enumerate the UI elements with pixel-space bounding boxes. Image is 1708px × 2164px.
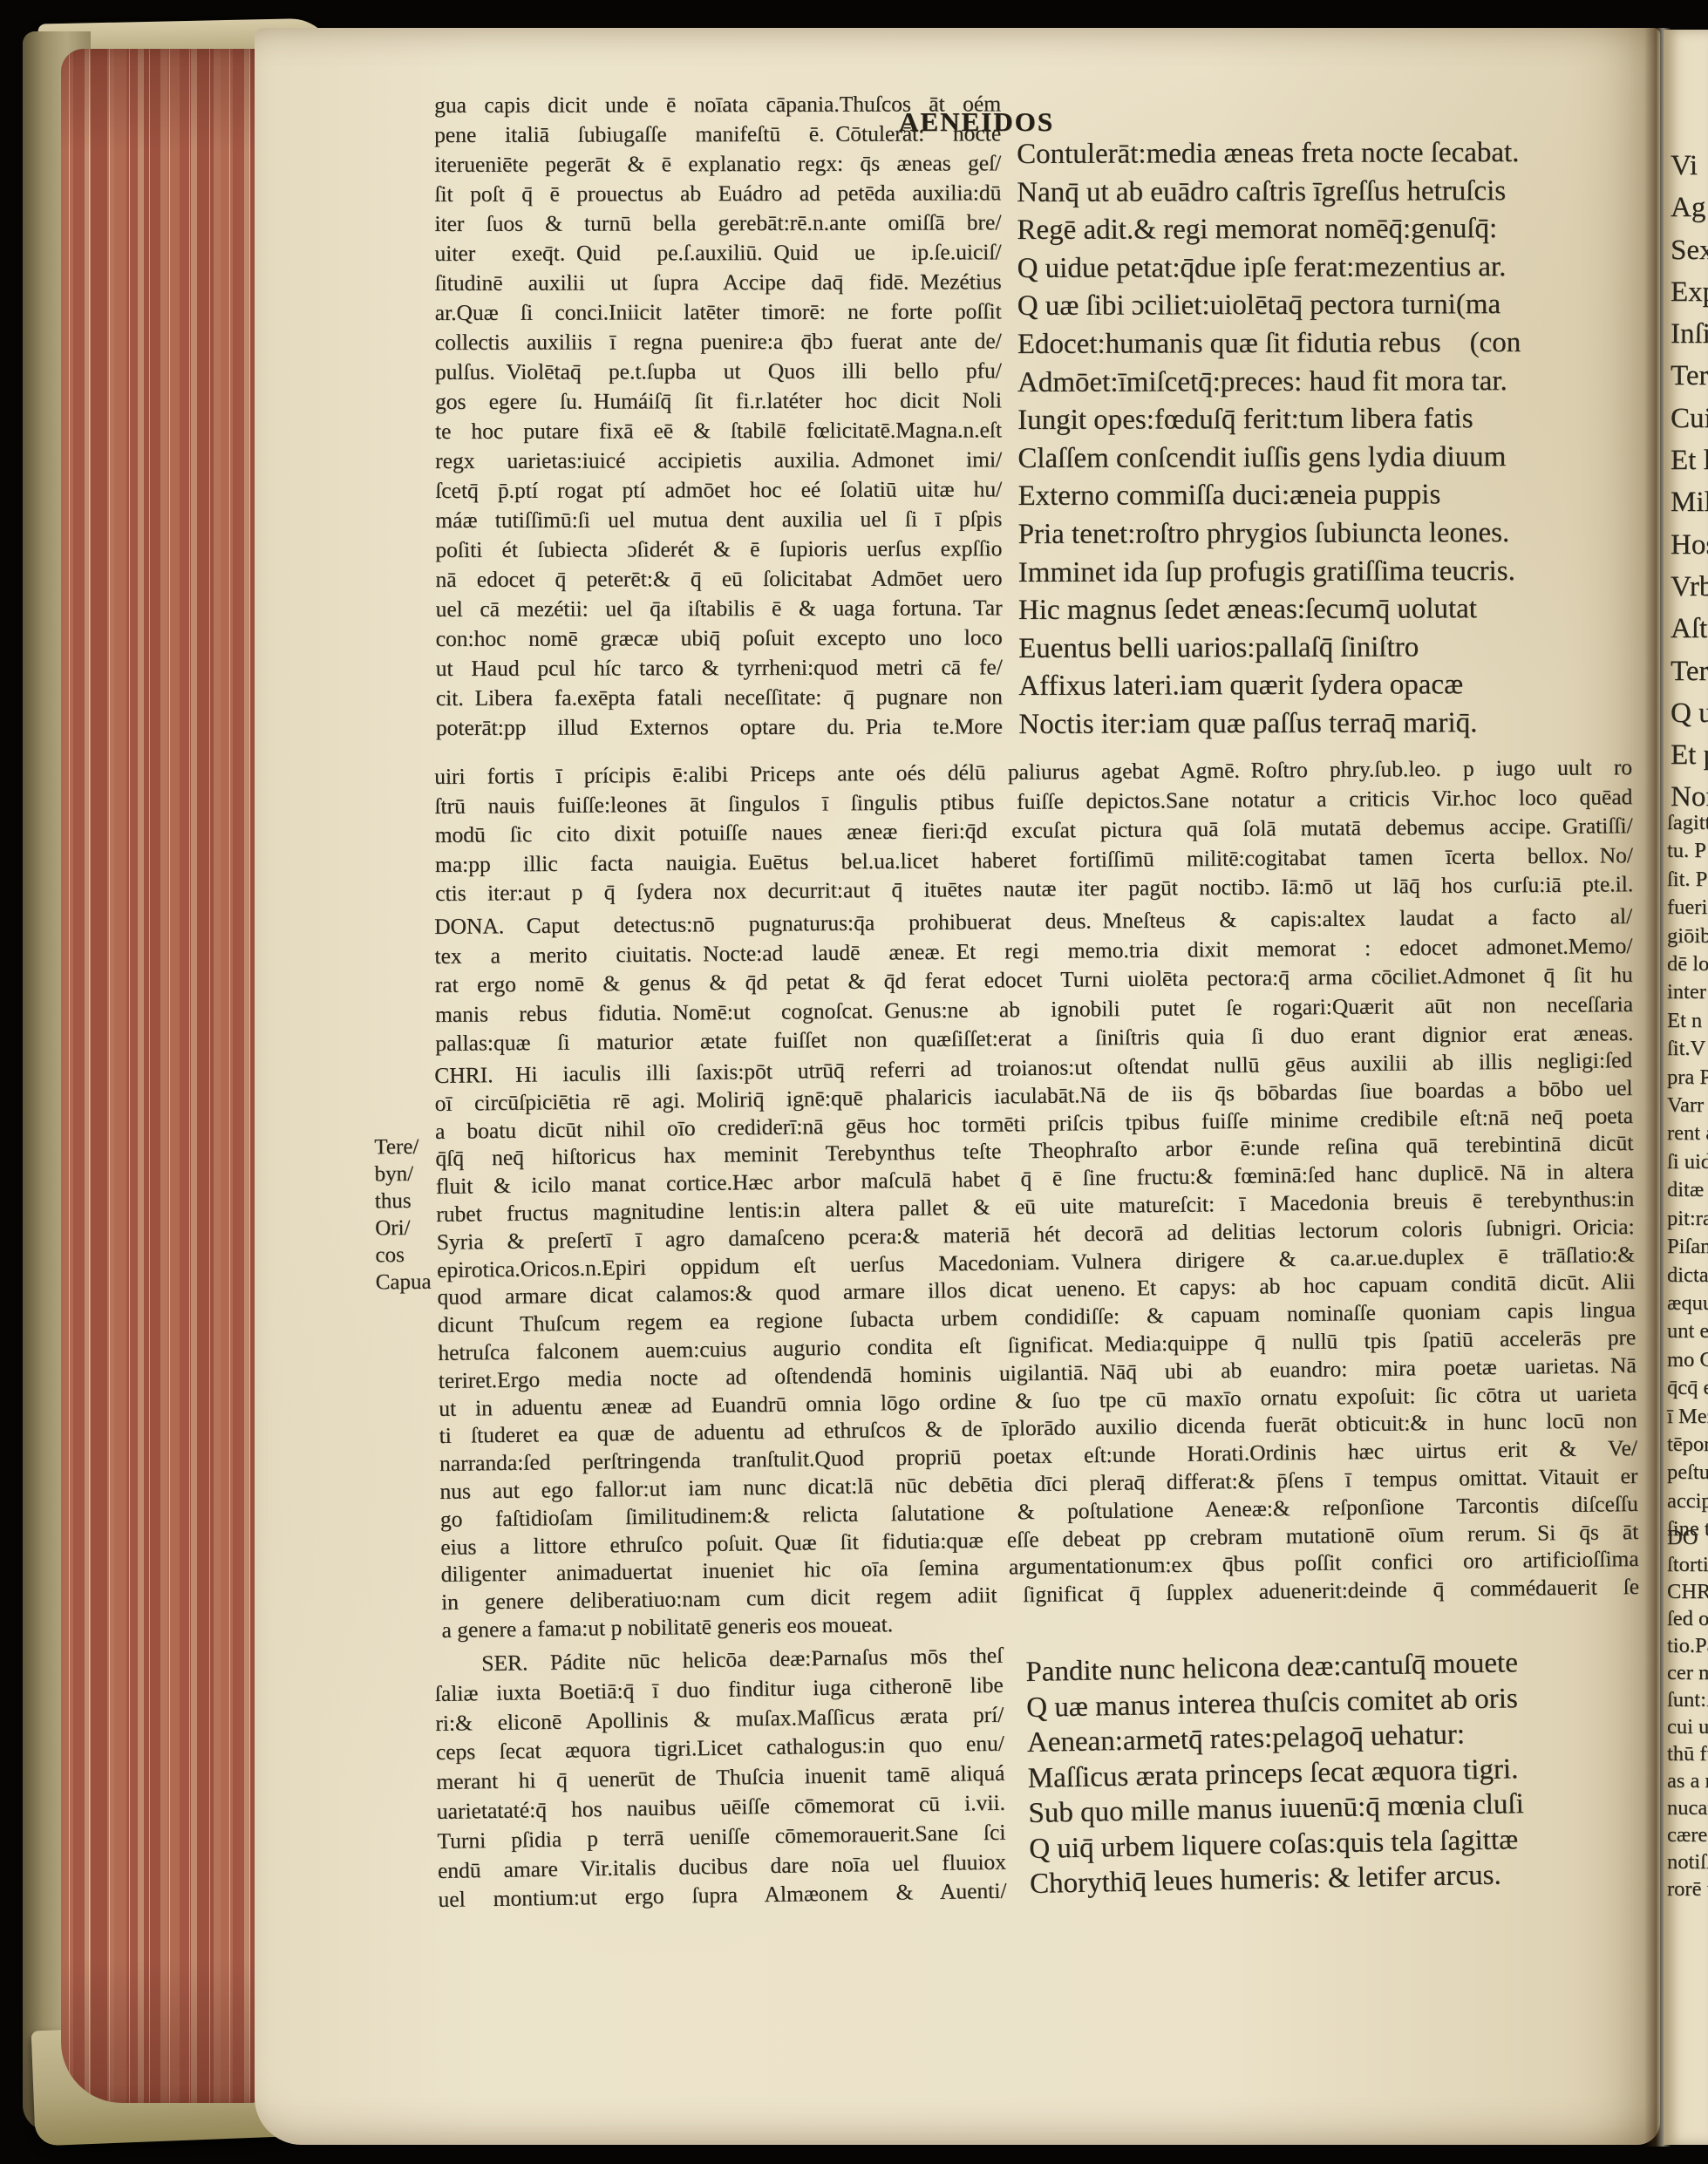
commentary-fragment-line: mo C — [1667, 1346, 1708, 1374]
commentary-fragment-line: ī Mez — [1667, 1403, 1708, 1431]
commentary-line: iterueniēte pegerāt & ē explanatio regx:… — [434, 148, 1001, 180]
facing-page-commentary-fragments: ſagitttu. Pſit. Pfuerigiōibdē lointerEt … — [1667, 809, 1708, 1544]
commentary-fragment-line: cui ur — [1667, 1713, 1708, 1740]
commentary-column-top-left: gua capis dicit unde ē noīata cāpania.Th… — [434, 89, 1003, 743]
verse-line: Hic magnus ſedet æneas:ſecumq̄ uolutat — [1018, 590, 1637, 630]
margin-note-line: Tere/ — [374, 1133, 442, 1161]
commentary-fragment-line: ſed oī — [1667, 1605, 1708, 1632]
commentary-fragment-line: ſunt:ſ — [1667, 1686, 1708, 1713]
commentary-line: poſiti ét ſubiecta ɔſiderét & ē ſupioris… — [435, 534, 1002, 565]
commentary-line: gua capis dicit unde ē noīata cāpania.Th… — [434, 89, 1001, 120]
commentary-full-width: uiri fortis ī prícipis ē:alibi Priceps a… — [434, 752, 1633, 908]
commentary-fragment-line: DO — [1667, 1524, 1708, 1551]
commentary-line: con:hoc nomē græcæ ubiq̄ poſuit excepto … — [436, 623, 1003, 654]
commentary-fragment-line: unt ei — [1667, 1317, 1708, 1345]
facing-page-bottom-fragments: DOſtorti:CHRſed oītio.Pácer mſunt:ſcui u… — [1667, 1524, 1708, 1902]
margin-note-line: Ori/ — [375, 1215, 443, 1242]
commentary-line: pulſus. Violētaq̄ pe.t.ſupba ut Quos ill… — [435, 356, 1002, 387]
commentary-line: ut Haud pcul híc tarco & tyrrheni:quod m… — [436, 652, 1003, 684]
photograph-of-open-book: { "page": { "header": "AENEIDOS", "color… — [0, 0, 1708, 2164]
commentary-fragment-line: dictas — [1667, 1262, 1708, 1290]
commentary-line: ſcetq̄ p̄.ptí rogat ptí admōet hoc eé ſo… — [435, 474, 1002, 506]
verse-fragment-line: Cui — [1671, 398, 1708, 439]
verse-line: Affixus lateri.iam quærit ſydera opacæ — [1018, 666, 1637, 706]
commentary-fragment-line: rent a — [1667, 1119, 1708, 1147]
commentary-fragment-line: tu. P — [1667, 837, 1708, 865]
commentary-fragment-line: q̄cq̄ ex — [1667, 1374, 1708, 1402]
verse-line: Edocet:humanis quæ ſit fidutia rebus (co… — [1017, 323, 1637, 364]
commentary-line: nā edocet q̄ peterēt:& q̄ eū ſolicitabat… — [435, 563, 1002, 595]
commentary-fragment-line: Et n — [1667, 1007, 1708, 1035]
verse-fragment-line: Inſi — [1671, 313, 1708, 355]
commentary-fragment-line: ſagitt — [1667, 809, 1708, 837]
commentary-chri-paragraph: CHRI. Hi iaculis illi ſaxis:pōt utrūq̄ r… — [434, 1046, 1640, 1644]
verse-line: Iungit opes:fœduſq̄ ferit:tum libera fat… — [1017, 400, 1637, 440]
commentary-fragment-line: ſit. P — [1667, 866, 1708, 894]
verse-line: Regē adit.& regi memorat nomēq̄:genuſq̄: — [1017, 210, 1636, 250]
commentary-fragment-line: as a m — [1667, 1767, 1708, 1794]
commentary-fragment-line: pra P — [1667, 1064, 1708, 1092]
verse-fragment-line: Mil — [1671, 481, 1708, 523]
verse-line: Nanq̄ ut ab euādro caſtris īgreſſus hetr… — [1017, 172, 1636, 212]
commentary-fragment-line: accipi — [1667, 1487, 1708, 1515]
verse-fragment-line: Ter — [1671, 355, 1708, 397]
verse-fragment-line: Aſtu — [1671, 608, 1708, 650]
commentary-line: poterāt:pp illud Externos optare du. Pri… — [436, 711, 1003, 743]
commentary-fragment-line: Varr — [1667, 1092, 1708, 1119]
verse-fragment-line: Tere — [1671, 650, 1708, 692]
verse-fragment-line: Vrb — [1671, 566, 1708, 608]
commentary-fragment-line: æquu — [1667, 1290, 1708, 1317]
verse-fragment-line: Et l — [1671, 439, 1708, 481]
commentary-fragment-line: cære: — [1667, 1821, 1708, 1848]
commentary-line: máæ tutiſſimū:ſi uel mutua dent auxilia … — [435, 504, 1002, 535]
verse-fragment-line: Ag — [1671, 187, 1708, 228]
commentary-fragment-line: dē lo — [1667, 950, 1708, 978]
commentary-fragment-line: rorē u — [1667, 1875, 1708, 1902]
margin-note-line: cos — [375, 1242, 443, 1269]
margin-notes: Tere/byn/thusOri/cosCapua — [374, 1133, 444, 1296]
commentary-fragment-line: Piſam — [1667, 1233, 1708, 1261]
commentary-fragment-line: ditæ — [1667, 1176, 1708, 1204]
commentary-line: ar.Quæ ſi conci.Iniicit latēter timorē: … — [435, 296, 1002, 328]
margin-note-line: byn/ — [374, 1160, 442, 1188]
verse-fragment-line: Exp — [1671, 271, 1708, 313]
verse-line: Imminet ida ſup profugis gratiſſima teuc… — [1018, 552, 1637, 592]
verse-line: Q uidue petat:q̄due ipſe ferat:mezentius… — [1017, 248, 1636, 288]
commentary-fragment-line: ſi uid — [1667, 1148, 1708, 1176]
commentary-fragment-line: notiſſ — [1667, 1848, 1708, 1875]
commentary-fragment-line: ſit.V — [1667, 1035, 1708, 1063]
verse-fragment-line: Q u — [1671, 692, 1708, 734]
commentary-fragment-line: ſtorti: — [1667, 1551, 1708, 1578]
commentary-fragment-line: peſtu — [1667, 1459, 1708, 1487]
commentary-fragment-line: tēpor — [1667, 1431, 1708, 1459]
commentary-line: uiter exeq̄t. Quid pe.ſ.auxiliū. Quid ue… — [434, 237, 1001, 269]
verse-column-bottom-right: Pandite nunc helicona deæ:cantuſq̄ mouet… — [1025, 1643, 1640, 1902]
verse-fragment-line: Hos — [1671, 524, 1708, 566]
commentary-dona-paragraph: DONA. Caput detectus:nō pugnaturus:q̄a p… — [434, 902, 1633, 1058]
commentary-fragment-line: tio.Pá — [1667, 1632, 1708, 1659]
commentary-line: cit. Libera fa.exēpta fatali neceſſitate… — [436, 682, 1003, 713]
verse-fragment-line: Sex — [1671, 229, 1708, 271]
commentary-line: uel cā mezétii: uel q̄a iſtabilis ē & ua… — [436, 593, 1003, 624]
commentary-fragment-line: pit:ra — [1667, 1205, 1708, 1233]
commentary-line: pene italiā ſubiugaſſe manifeſtū ē. Cōtu… — [434, 119, 1001, 150]
verse-fragment-line: Et p — [1671, 734, 1708, 776]
verse-column-top-right: Contulerāt:media æneas freta nocte ſecab… — [1017, 134, 1637, 745]
commentary-ser-paragraph: SER. Pádite nūc helicōa deæ:Parnaſus mōs… — [434, 1641, 1007, 1915]
commentary-fragment-line: CHR — [1667, 1578, 1708, 1605]
verse-line: Contulerāt:media æneas freta nocte ſecab… — [1017, 134, 1636, 174]
commentary-fragment-line: thū fu — [1667, 1740, 1708, 1767]
commentary-line: regx uarietas:iuicé accipietis auxilia. … — [435, 445, 1002, 476]
verse-line: Admōet:īmiſcetq̄:preces: haud fit mora t… — [1017, 362, 1637, 402]
margin-note-line: thus — [375, 1187, 443, 1215]
commentary-fragment-line: inter — [1667, 978, 1708, 1006]
commentary-line: ſitudinē auxilii ut ſupra Accipe daq̄ fi… — [435, 267, 1002, 298]
verse-fragment-line: Vi — [1671, 145, 1708, 187]
margin-note-line: Capua — [376, 1269, 444, 1296]
commentary-fragment-line: cer m — [1667, 1659, 1708, 1686]
commentary-line: collectis auxiliis ī regna puenire:a q̄b… — [435, 326, 1002, 357]
commentary-line: gos egere ſu. Humáiſq̄ ſit fi.r.latéter … — [435, 385, 1002, 417]
commentary-fragment-line: fueri — [1667, 894, 1708, 922]
commentary-fragment-line: nucan — [1667, 1794, 1708, 1821]
commentary-line: ſit poſt q̄ ē prouectus ab Euádro ad pet… — [434, 178, 1001, 209]
commentary-line: iter ſuos & turnū bella gerebāt:rē.n.ant… — [434, 208, 1001, 239]
red-fore-edge-pages — [61, 49, 276, 2103]
verse-line: Claſſem conſcendit iuſſis gens lydia diu… — [1017, 438, 1637, 478]
verse-line: Pria tenet:roſtro phrygios ſubiuncta leo… — [1018, 514, 1637, 554]
facing-page-verse-fragments: ViAgSexExpInſiTerCuiEt lMilHosVrbAſtuTer… — [1671, 145, 1708, 819]
verse-line: Externo commiſſa duci:æneia puppis — [1017, 476, 1637, 516]
commentary-fragment-line: giōib — [1667, 922, 1708, 950]
verse-line: Noctis iter:iam quæ paſſus terraq̄ mariq… — [1018, 704, 1637, 744]
verse-line: Q uæ ſibi ɔciliet:uiolētaq̄ pectora turn… — [1017, 286, 1637, 326]
verse-line: Euentus belli uarios:pallaſq̄ ſiniſtro — [1018, 628, 1637, 668]
commentary-line: te hoc putare fixā eē & ſtabilē fœlicita… — [435, 415, 1002, 446]
